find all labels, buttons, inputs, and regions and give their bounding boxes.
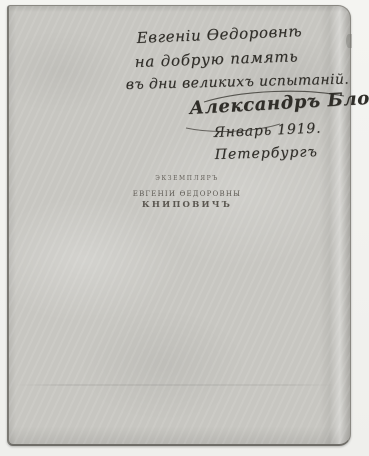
scanned-book-photo: Евгеніи Ѳедоровнѣ на добрую память въ дн… xyxy=(0,0,369,456)
inscription-recipient-line: Евгеніи Ѳедоровнѣ xyxy=(136,22,302,47)
book-flyleaf-page: Евгеніи Ѳедоровнѣ на добрую память въ дн… xyxy=(7,5,351,446)
inscription-place: Петербургъ xyxy=(215,144,318,163)
inscription-date: Январь 1919. xyxy=(213,121,321,141)
stamp-exemplar-line: ЭКЗЕМПЛЯРЪ xyxy=(107,176,267,182)
signature: Александръ Блокъ. xyxy=(189,86,369,119)
stamp-owner-surname-line: КНИПОВИЧЪ xyxy=(107,201,267,210)
inscription-dedication-line: на добрую память xyxy=(134,47,298,71)
inscription-occasion-line: въ дни великихъ испытаній. xyxy=(126,72,350,93)
ownership-stamp: ЭКЗЕМПЛЯРЪ ЕВГЕНІИ ѲЕДОРОВНЫ КНИПОВИЧЪ xyxy=(107,176,267,210)
paper-crease xyxy=(15,384,336,386)
page-edge-notch xyxy=(346,34,352,48)
stamp-owner-name-line: ЕВГЕНІИ ѲЕДОРОВНЫ xyxy=(107,191,267,198)
